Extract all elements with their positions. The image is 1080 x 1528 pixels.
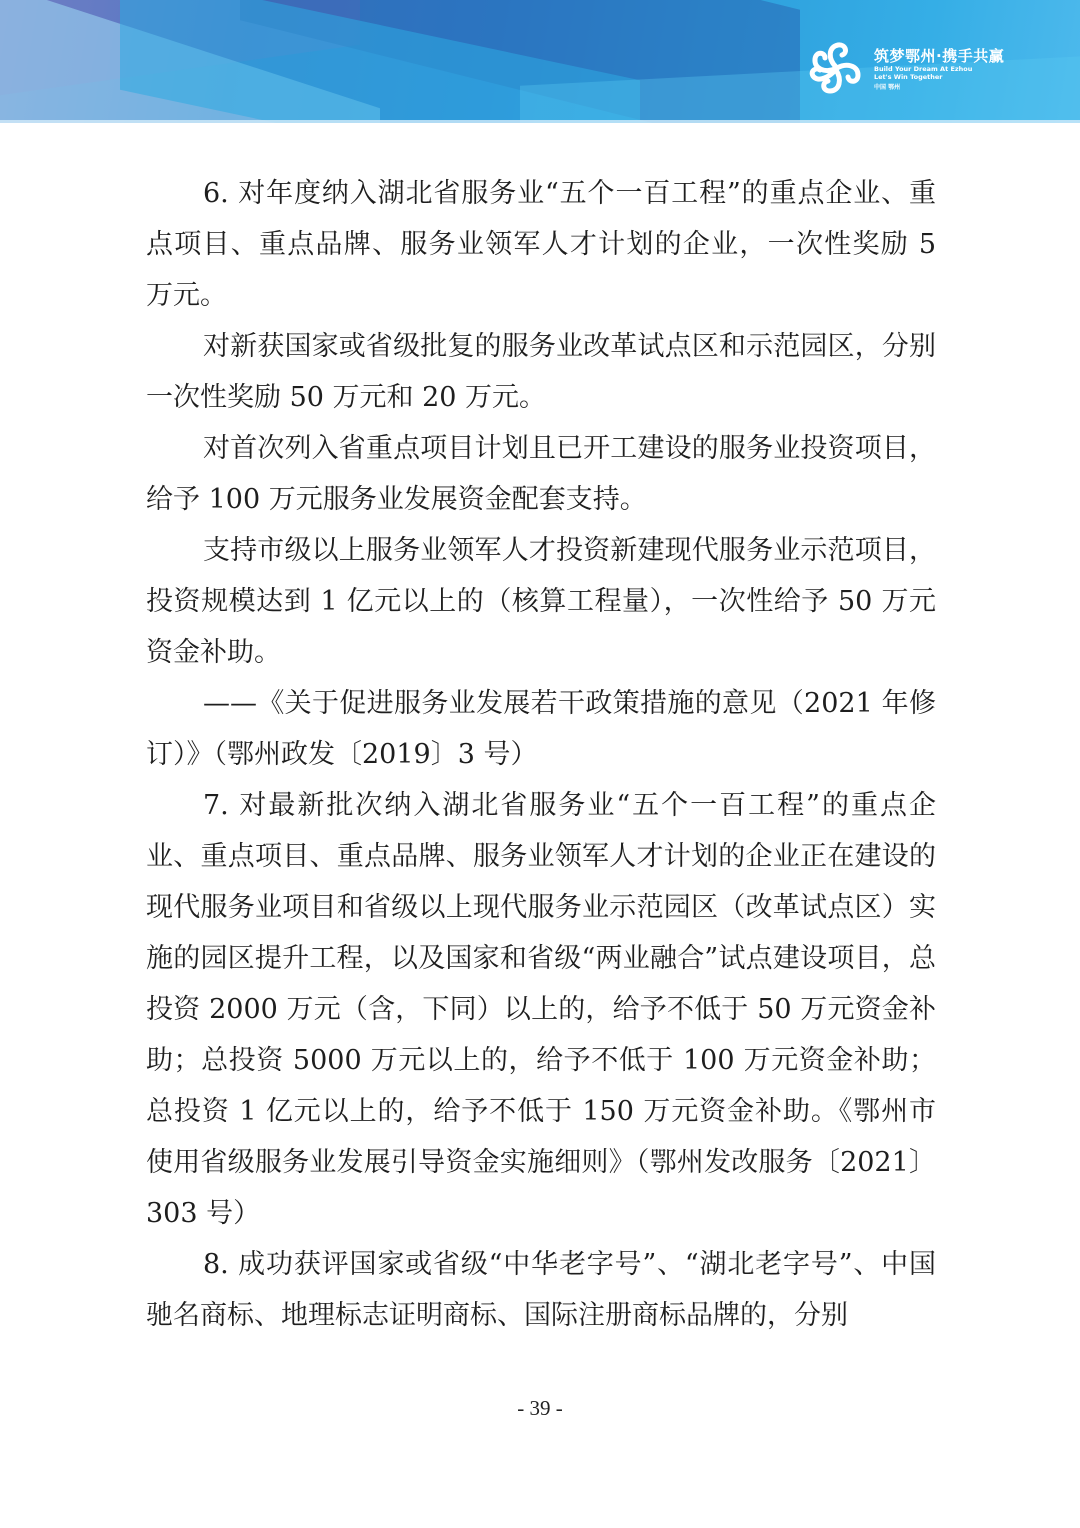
paragraph-reform-pilot-award: 对新获国家或省级批复的服务业改革试点区和示范园区，分别一次性奖励 50 万元和 … <box>146 321 936 423</box>
page-number: - 39 - <box>0 1396 1080 1421</box>
logo-location: 中国 鄂州 <box>874 83 1004 92</box>
logo-text: 筑梦鄂州·携手共赢 Build Your Dream At Ezhou Let'… <box>874 47 1004 92</box>
banner-divider <box>0 120 1080 123</box>
logo-slogan-en-2: Let's Win Together <box>874 73 1004 81</box>
header-banner: 筑梦鄂州·携手共赢 Build Your Dream At Ezhou Let'… <box>0 0 1080 123</box>
paragraph-key-project-support: 对首次列入省重点项目计划且已开工建设的服务业投资项目，给予 100 万元服务业发… <box>146 423 936 525</box>
logo-slogan-cn: 筑梦鄂州·携手共赢 <box>874 47 1004 65</box>
flower-swirl-logo-icon <box>806 39 866 99</box>
paragraph-item-8: 8. 成功获评国家或省级“中华老字号”、“湖北老字号”、中国驰名商标、地理标志证… <box>146 1239 936 1341</box>
document-body: 6. 对年度纳入湖北省服务业“五个一百工程”的重点企业、重点项目、重点品牌、服务… <box>146 168 936 1341</box>
citation-policy-document: ——《关于促进服务业发展若干政策措施的意见（2021 年修订）》（鄂州政发〔20… <box>146 678 936 780</box>
paragraph-item-6: 6. 对年度纳入湖北省服务业“五个一百工程”的重点企业、重点项目、重点品牌、服务… <box>146 168 936 321</box>
city-logo: 筑梦鄂州·携手共赢 Build Your Dream At Ezhou Let'… <box>806 38 1004 100</box>
paragraph-talent-investment: 支持市级以上服务业领军人才投资新建现代服务业示范项目，投资规模达到 1 亿元以上… <box>146 525 936 678</box>
logo-slogan-en-1: Build Your Dream At Ezhou <box>874 65 1004 73</box>
paragraph-item-7: 7. 对最新批次纳入湖北省服务业“五个一百工程”的重点企业、重点项目、重点品牌、… <box>146 780 936 1239</box>
